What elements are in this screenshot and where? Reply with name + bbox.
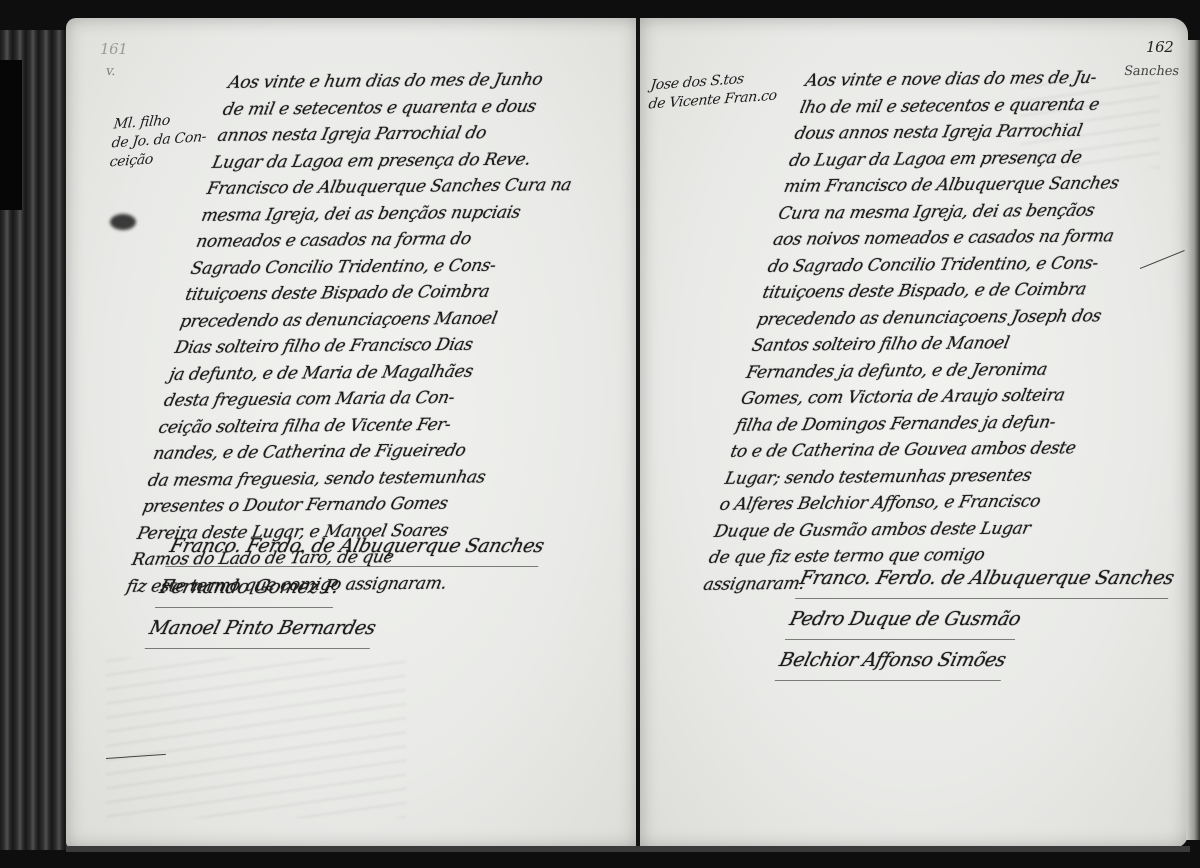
text-line: nandes, e de Catherina de Figueiredo [151, 437, 517, 467]
signature-witness-1: Fernando Gomez P. [155, 567, 343, 608]
text-line: ceição solteira filha de Vicente Fer- [156, 411, 522, 441]
book-bottom-edge [66, 846, 1190, 852]
margin-note-left: Ml. filho de Jo. da Con- ceição [109, 111, 186, 173]
text-line: Duque de Gusmão ambos deste Lugar [712, 515, 1068, 545]
text-line: aos noivos nomeados e casados na forma [771, 223, 1127, 253]
signature-block-left: Franco. Ferdo. de Albuquerque Sanches Fe… [145, 526, 549, 649]
text-line: Dias solteiro filho de Francisco Dias [172, 331, 538, 361]
text-line: Francisco de Albuquerque Sanches Cura na [204, 172, 570, 202]
signature-block-right: Franco. Ferdo. de Albuquerque Sanches Pe… [775, 558, 1179, 681]
left-page: 161 v. Ml. filho de Jo. da Con- ceição A… [66, 18, 638, 848]
text-line: Fernandes ja defunto, e de Jeronima [744, 356, 1100, 386]
stray-ink-line [1140, 250, 1185, 269]
text-line: de mil e setecentos e quarenta e dous [220, 93, 586, 123]
text-line: Lugar da Lagoa em presença do Reve. [210, 146, 576, 176]
text-line: to e de Catherina de Gouvea ambos deste [728, 435, 1084, 465]
folio-number-right: 162 [1146, 38, 1173, 56]
folio-number-left: 161 [100, 40, 127, 58]
text-line: mesma Igreja, dei as bençãos nupciais [199, 199, 565, 229]
signature-curate: Franco. Ferdo. de Albuquerque Sanches [165, 526, 548, 567]
text-line: do Sagrado Concilio Tridentino, e Cons- [765, 250, 1121, 280]
text-line: tituiçoens deste Bispado de Coimbra [183, 278, 549, 308]
text-line: precedendo as denunciaçoens Joseph dos [755, 303, 1111, 333]
signature-witness-2: Manoel Pinto Bernardes [145, 608, 381, 649]
text-line: da mesma freguesia, sendo testemunhas [145, 464, 511, 494]
text-line: Cura na mesma Igreja, dei as bençãos [776, 197, 1132, 227]
signature-witness-2: Belchior Affonso Simões [775, 640, 1011, 681]
page-stack-edge [1186, 40, 1200, 840]
text-line: Santos solteiro filho de Manoel [749, 329, 1105, 359]
entry-text-left: Aos vinte e hum dias do mes de Junho de … [124, 66, 592, 600]
text-line: annos nesta Igreja Parrochial do [215, 119, 581, 149]
text-line: Aos vinte e hum dias do mes de Junho [226, 66, 592, 96]
signature-curate: Franco. Ferdo. de Albuquerque Sanches [795, 558, 1178, 599]
text-line: o Alferes Belchior Affonso, e Francisco [717, 488, 1073, 518]
bleed-through-text [106, 658, 406, 818]
signature-witness-1: Pedro Duque de Gusmão [785, 599, 1025, 640]
text-line: ja defunto, e de Maria de Magalhães [167, 358, 533, 388]
text-line: nomeados e casados na forma do [194, 225, 560, 255]
bleed-through-text [1020, 78, 1160, 168]
text-line: precedendo as denunciaçoens Manoel [178, 305, 544, 335]
text-line: Gomes, com Victoria de Araujo solteira [739, 382, 1095, 412]
ink-blot [110, 214, 136, 230]
text-line: presentes o Doutor Fernando Gomes [140, 490, 506, 520]
binding-tab [0, 60, 22, 210]
text-line: mim Francisco de Albuquerque Sanches [781, 170, 1137, 200]
text-line: filha de Domingos Fernandes ja defun- [733, 409, 1089, 439]
text-line: Lugar; sendo testemunhas presentes [722, 462, 1078, 492]
margin-note-right: Jose dos S.tos de Vicente Fran.co [647, 70, 752, 115]
right-page: 162 Sanches Jose dos S.tos de Vicente Fr… [640, 18, 1188, 848]
text-line: tituiçoens deste Bispado, e de Coimbra [760, 276, 1116, 306]
margin-line: ceição [109, 149, 182, 173]
text-line: Sagrado Concilio Tridentino, e Cons- [188, 252, 554, 282]
text-line: desta freguesia com Maria da Con- [162, 384, 528, 414]
folio-flourish-left: v. [105, 64, 118, 79]
